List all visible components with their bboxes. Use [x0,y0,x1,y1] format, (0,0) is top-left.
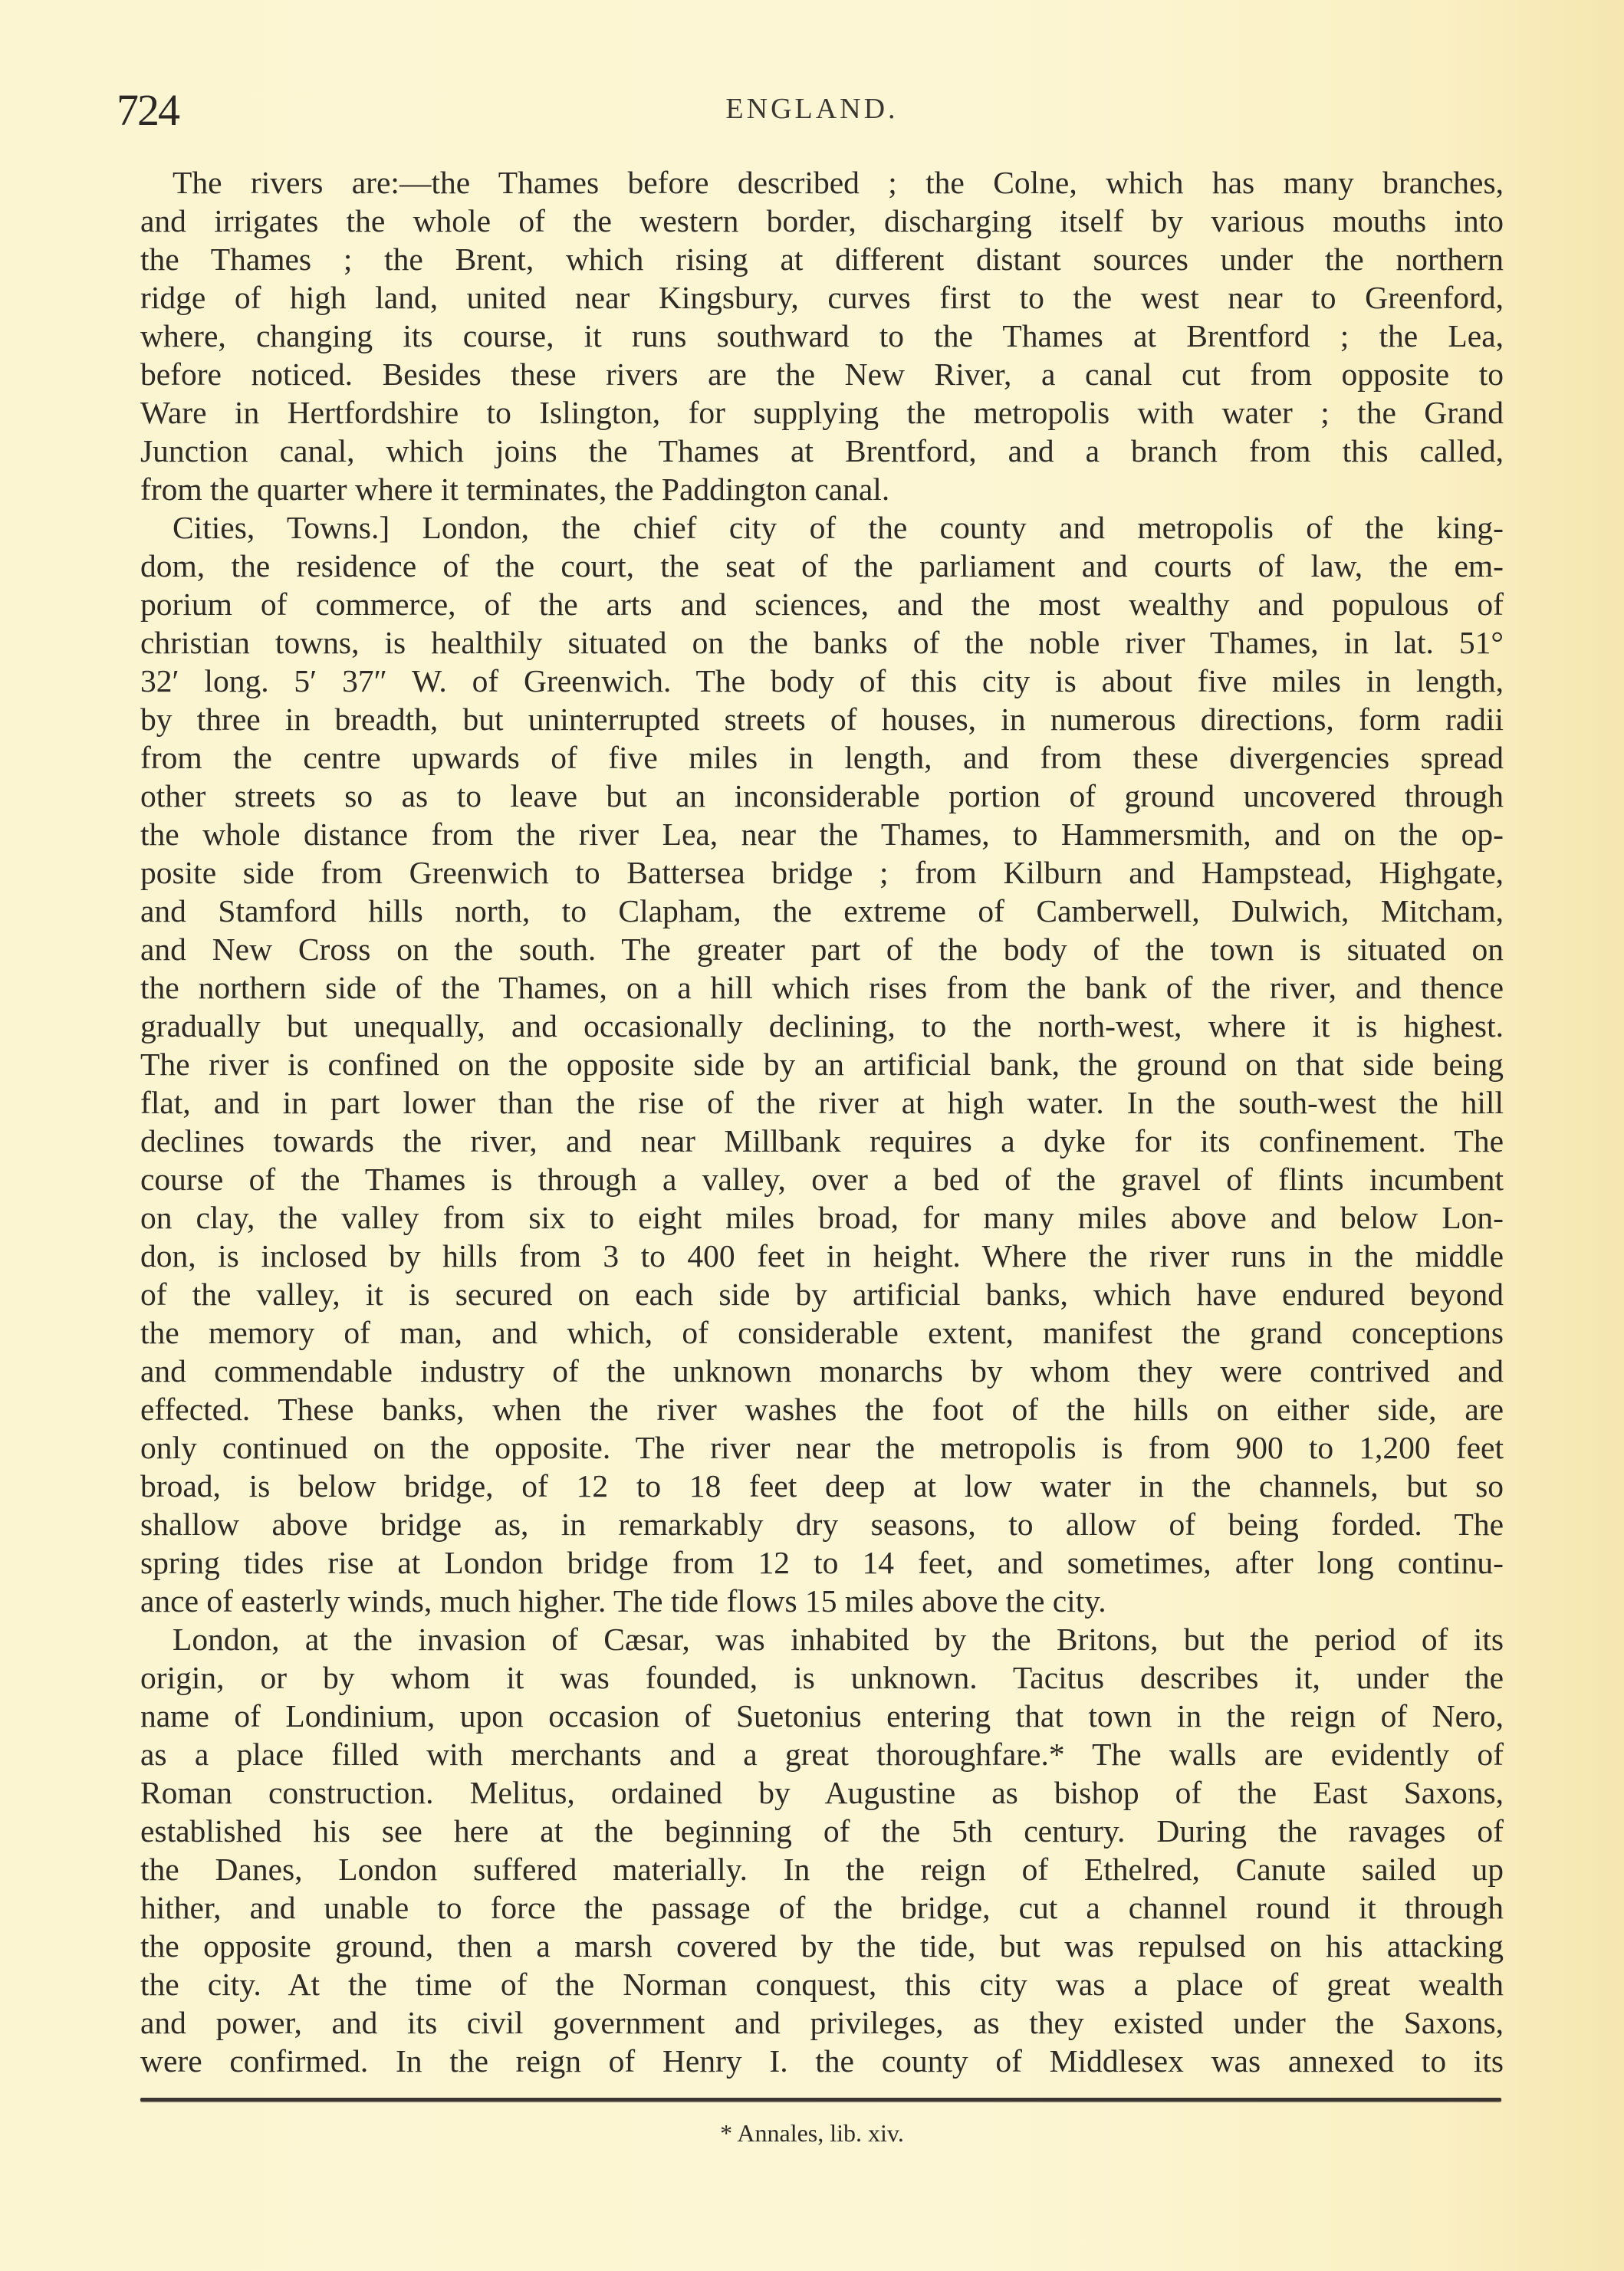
text-line: ance of easterly winds, much higher. The… [140,1582,1504,1620]
text-line: established his see here at the beginnin… [140,1812,1504,1850]
text-line: the Thames ; the Brent, which rising at … [140,240,1504,278]
text-line: The rivers are:—the Thames before descri… [140,163,1504,202]
text-line: The river is confined on the opposite si… [140,1045,1504,1083]
text-line: Junction canal, which joins the Thames a… [140,432,1504,470]
text-line: on clay, the valley from six to eight mi… [140,1198,1504,1237]
text-line: declines towards the river, and near Mil… [140,1122,1504,1160]
text-line: don, is inclosed by hills from 3 to 400 … [140,1237,1504,1275]
running-title: ENGLAND. [725,90,898,127]
text-line: course of the Thames is through a valley… [140,1160,1504,1198]
footnote-divider [140,2098,1501,2102]
text-line: the Danes, London suffered materially. I… [140,1850,1504,1888]
text-line: christian towns, is healthily situated o… [140,623,1504,662]
text-line: before noticed. Besides these rivers are… [140,355,1504,393]
text-line: the northern side of the Thames, on a hi… [140,968,1504,1007]
text-line: gradually but unequally, and occasionall… [140,1007,1504,1045]
text-line: of the valley, it is secured on each sid… [140,1275,1504,1313]
text-line: the whole distance from the river Lea, n… [140,815,1504,853]
text-line: were confirmed. In the reign of Henry I.… [140,2042,1504,2080]
text-line: posite side from Greenwich to Battersea … [140,853,1504,892]
text-line: the memory of man, and which, of conside… [140,1313,1504,1352]
text-line: flat, and in part lower than the rise of… [140,1083,1504,1122]
text-line: spring tides rise at London bridge from … [140,1543,1504,1582]
text-line: other streets so as to leave but an inco… [140,777,1504,815]
text-line: effected. These banks, when the river wa… [140,1390,1504,1428]
text-line: origin, or by whom it was founded, is un… [140,1658,1504,1697]
section-heading-line: Cities, Towns.] London, the chief city o… [140,508,1504,547]
text-line: by three in breadth, but uninterrupted s… [140,700,1504,738]
footnote: * Annales, lib. xiv. [0,2118,1624,2148]
text-line: and New Cross on the south. The greater … [140,930,1504,968]
text-line: the opposite ground, then a marsh covere… [140,1927,1504,1965]
text-line: and Stamford hills north, to Clapham, th… [140,892,1504,930]
text-line: shallow above bridge as, in remarkably d… [140,1505,1504,1543]
text-line: broad, is below bridge, of 12 to 18 feet… [140,1467,1504,1505]
body-text: The rivers are:—the Thames before descri… [140,163,1504,2080]
text-line: ridge of high land, united near Kingsbur… [140,278,1504,317]
text-line: as a place filled with merchants and a g… [140,1735,1504,1773]
running-head: ENGLAND. [0,90,1624,127]
text-line: where, changing its course, it runs sout… [140,317,1504,355]
text-line: the city. At the time of the Norman conq… [140,1965,1504,2003]
text-line: 32′ long. 5′ 37″ W. of Greenwich. The bo… [140,662,1504,700]
text-line: and commendable industry of the unknown … [140,1352,1504,1390]
text-line: and power, and its civil government and … [140,2003,1504,2042]
text-line: Roman construction. Melitus, ordained by… [140,1773,1504,1812]
text-line: only continued on the opposite. The rive… [140,1428,1504,1467]
text-line: name of Londinium, upon occasion of Suet… [140,1697,1504,1735]
text-line: from the centre upwards of five miles in… [140,738,1504,777]
text-line: London, at the invasion of Cæsar, was in… [140,1620,1504,1658]
text-line: dom, the residence of the court, the sea… [140,547,1504,585]
text-line: and irrigates the whole of the western b… [140,202,1504,240]
text-line: from the quarter where it terminates, th… [140,470,1504,508]
text-line: porium of commerce, of the arts and scie… [140,585,1504,623]
footnote-text: * Annales, lib. xiv. [720,2118,904,2148]
text-line: Ware in Hertfordshire to Islington, for … [140,393,1504,432]
text-line: hither, and unable to force the passage … [140,1888,1504,1927]
